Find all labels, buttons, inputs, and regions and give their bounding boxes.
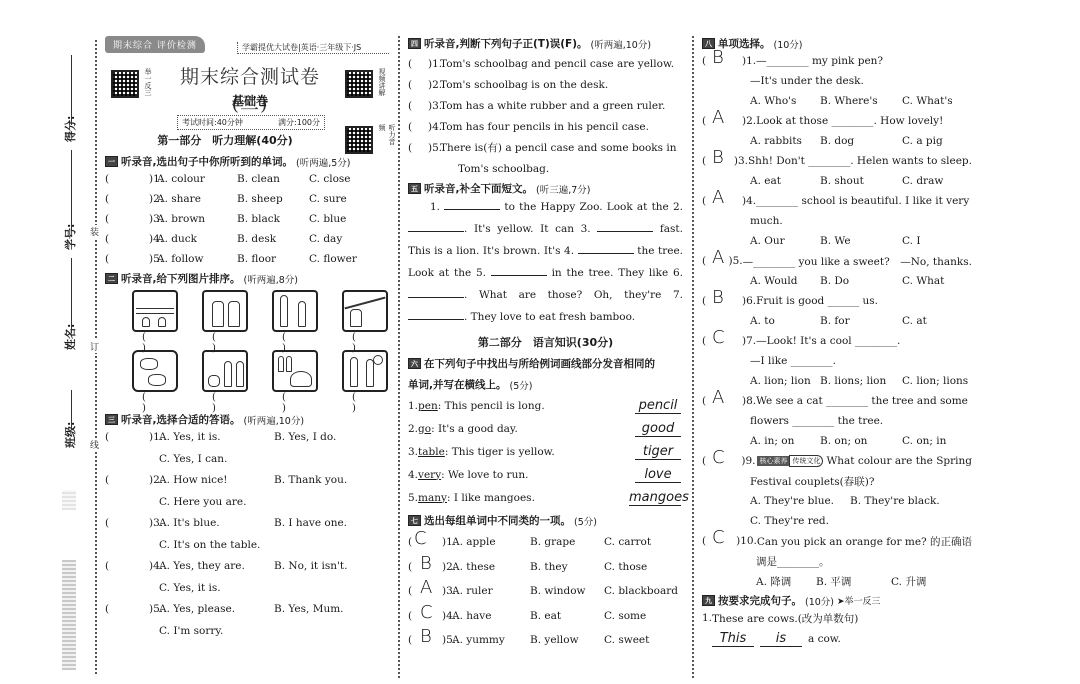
mc-options: A. OurB. WeC. I bbox=[702, 231, 972, 251]
mc-question: (A)2.Look at those ________. How lovely! bbox=[702, 111, 972, 131]
qr-right-label: 视频讲解 bbox=[377, 68, 387, 96]
option-b: B. yellow bbox=[530, 634, 604, 646]
section-title-cont: 单词,并写在横线上。 bbox=[408, 377, 507, 392]
section-number-icon: 二 bbox=[105, 273, 118, 284]
option-c: C. a pig bbox=[902, 135, 943, 147]
mc-question-cont: —It's under the desk. bbox=[702, 71, 972, 91]
extra-practice-link[interactable]: ➤举一反三 bbox=[837, 594, 881, 607]
handwritten-answer: A bbox=[420, 577, 432, 598]
option-b: B. shout bbox=[820, 175, 902, 187]
section-title: 在下列句子中找出与所给例词画线部分发音相同的 bbox=[424, 356, 655, 371]
option-b: B. floor bbox=[237, 253, 309, 265]
handwritten-answer[interactable]: pencil bbox=[635, 398, 681, 414]
option-c: C. draw bbox=[902, 175, 943, 187]
class-field-line[interactable] bbox=[71, 390, 72, 430]
answer-blank[interactable]: (C bbox=[702, 455, 741, 467]
question-text: Shh! Don't ________. Helen wants to slee… bbox=[748, 155, 972, 167]
question-number: )4. bbox=[149, 556, 159, 578]
mc-question: (C)7.—Look! It's a cool ________. bbox=[702, 331, 972, 351]
option-a: A. rabbits bbox=[750, 135, 820, 147]
series-label: 学霸提优大试卷|英语·三年级下·JS bbox=[237, 42, 389, 54]
option-a: A. yummy bbox=[452, 634, 530, 646]
question-row: ()2.A. How nice!B. Thank you. bbox=[105, 470, 390, 492]
option-a: A. brown bbox=[157, 213, 237, 225]
option-a: A. apple bbox=[452, 536, 530, 548]
question-number: )3. bbox=[149, 513, 159, 535]
option-c: C. 升调 bbox=[891, 574, 926, 589]
mc-question-cont: Festival couplets(春联)? bbox=[702, 471, 972, 491]
statement: Tom's schoolbag is on the desk. bbox=[440, 79, 608, 91]
question-row-cont: C. It's on the table. bbox=[105, 535, 390, 557]
picture-colour bbox=[132, 350, 178, 392]
mc-question-cont: flowers ________ the tree. bbox=[702, 411, 972, 431]
question-text-cont: 调是________。 bbox=[756, 554, 830, 569]
answer-blank[interactable]: ( bbox=[105, 556, 149, 578]
option-b: B. for bbox=[820, 315, 902, 327]
cloze-blank-2[interactable] bbox=[408, 222, 464, 232]
question-row: ()1.A. colourB. cleanC. close bbox=[105, 169, 390, 189]
handwritten-answer: C bbox=[712, 447, 725, 468]
question-number: )5. bbox=[149, 253, 157, 265]
picture-boy-pointing bbox=[342, 290, 388, 332]
mc-question: (B)6.Fruit is good ______ us. bbox=[702, 291, 972, 311]
question-row: ()3.A. It's blue.B. I have one. bbox=[105, 513, 390, 535]
cloze-blank-7[interactable] bbox=[408, 310, 464, 320]
question-text-cont: —I like ________. bbox=[750, 355, 836, 367]
handwritten-answer: B bbox=[712, 147, 724, 168]
score-field-label: 得分: bbox=[62, 116, 78, 142]
option-c: C. What's bbox=[902, 95, 953, 107]
section-1-items: ()1.A. colourB. cleanC. close ()2.A. sha… bbox=[105, 169, 390, 269]
question-row-cont: C. Here you are. bbox=[105, 492, 390, 514]
cloze-text: . It's yellow. It can 3. bbox=[464, 223, 591, 235]
option-b: B. desk bbox=[237, 233, 309, 245]
option-b: B. on; on bbox=[820, 435, 902, 447]
key-word: table bbox=[418, 446, 445, 458]
handwritten-answer[interactable]: mangoes bbox=[629, 490, 681, 506]
column-2: 四 听录音,判断下列句子正(T)误(F)。 (听两遍,10分) ()1.Tom'… bbox=[408, 36, 683, 653]
mc-options: A. 降调B. 平调C. 升调 bbox=[702, 571, 972, 591]
option-a: A. to bbox=[750, 315, 820, 327]
cloze-text: . What are those? Oh, they're 7. bbox=[464, 289, 683, 301]
order-blank[interactable]: ( ) bbox=[265, 392, 325, 408]
mc-question: (B)1.—________ my pink pen? bbox=[702, 51, 972, 71]
question-row: (C)4.A. haveB. eatC. some bbox=[408, 604, 683, 629]
section-meta: (5分) bbox=[574, 514, 597, 528]
question-row-cont: C. I'm sorry. bbox=[105, 621, 390, 643]
phonics-row: 2.go: It's a good day.good bbox=[408, 417, 683, 440]
option-c: C. Yes, it is. bbox=[159, 578, 221, 600]
core-literacy-badge: 核心素养 bbox=[757, 456, 789, 466]
section-meta: (10分) bbox=[774, 37, 803, 51]
answer-blank[interactable]: (B bbox=[702, 55, 742, 67]
answer-blank[interactable]: (C bbox=[408, 610, 442, 622]
question-row: ()3.A. brownB. blackC. blue bbox=[105, 209, 390, 229]
key-word: very bbox=[418, 469, 441, 481]
question-text-cont: —It's under the desk. bbox=[750, 75, 864, 87]
question-row: (A)3.A. rulerB. windowC. blackboard bbox=[408, 579, 683, 604]
mc-options: A. Who'sB. Where'sC. What's bbox=[702, 91, 972, 111]
option-b: B. clean bbox=[237, 173, 309, 185]
handwritten-answer: B bbox=[712, 47, 724, 68]
option-b: B. grape bbox=[530, 536, 604, 548]
picture-grid: ( ) ( ) ( ) ( ) ( ) ( ) ( ) ( ) bbox=[105, 290, 390, 408]
mc-question: (C)10.Can you pick an orange for me? 的正确… bbox=[702, 531, 972, 551]
cloze-text: to the Happy Zoo. Look at the bbox=[504, 201, 668, 213]
section-number-icon: 一 bbox=[105, 156, 118, 167]
question-text: —Look! It's a cool ________. bbox=[756, 335, 900, 347]
question-text: ________ school is beautiful. I like it … bbox=[756, 195, 969, 207]
sentence: : We love to run. bbox=[441, 469, 528, 481]
answer-blank[interactable]: ( bbox=[105, 173, 149, 185]
answer-blank[interactable]: ( bbox=[105, 193, 149, 205]
question-number: 1. bbox=[702, 612, 712, 624]
qr-code-icon[interactable] bbox=[345, 70, 373, 98]
answer-blank[interactable]: ( bbox=[105, 513, 149, 535]
handwritten-answer[interactable]: good bbox=[635, 421, 681, 437]
option-c: C. close bbox=[309, 173, 379, 185]
exam-time: 考试时间:40分钟 bbox=[182, 117, 243, 128]
section-meta: (10分) bbox=[805, 594, 834, 608]
answer-blank[interactable]: (B bbox=[408, 634, 442, 646]
option-b: B. We bbox=[820, 235, 902, 247]
question-row: (B)2.A. theseB. theyC. those bbox=[408, 555, 683, 580]
section-3-heading: 三 听录音,选择合适的答语。 (听两遍,10分) bbox=[105, 412, 390, 427]
option-b: B. lions; lion bbox=[820, 375, 902, 387]
question-number: )1. bbox=[149, 427, 159, 449]
full-score: 满分:100分 bbox=[278, 117, 320, 128]
option-c: C. What bbox=[902, 275, 944, 287]
question-number: )2. bbox=[149, 470, 159, 492]
sentence-tail: a cow. bbox=[808, 633, 841, 645]
order-blank[interactable]: ( ) bbox=[335, 392, 395, 408]
option-c: C. I bbox=[902, 235, 920, 247]
cloze-text: . They love to eat fresh bamboo. bbox=[464, 311, 635, 323]
mc-question-cont: much. bbox=[702, 211, 972, 231]
question-row: ()4.A. duckB. deskC. day bbox=[105, 229, 390, 249]
handwritten-answer: C bbox=[420, 602, 433, 623]
question-number: )1. bbox=[149, 173, 157, 185]
mc-options: A. rabbitsB. dogC. a pig bbox=[702, 131, 972, 151]
key-word: go bbox=[418, 423, 431, 435]
order-blank[interactable]: ( ) bbox=[195, 332, 255, 348]
question-text: These are cows.(改为单数句) bbox=[712, 611, 858, 626]
question-number: )5. bbox=[442, 634, 452, 646]
option-a: A. have bbox=[452, 610, 530, 622]
question-number: )5. bbox=[428, 142, 440, 154]
mc-question: (C)9.核心素养传统文化What colour are the Spring bbox=[702, 451, 972, 471]
exam-info: 考试时间:40分钟 满分:100分 bbox=[177, 115, 325, 130]
question-text: Fruit is good ______ us. bbox=[756, 295, 878, 307]
qr-code-icon[interactable] bbox=[111, 70, 139, 98]
section-meta: (听两遍,8分) bbox=[244, 272, 298, 286]
answer-blank[interactable]: ( bbox=[105, 213, 149, 225]
question-row: ()4.A. Yes, they are.B. No, it isn't. bbox=[105, 556, 390, 578]
option-a: A. Yes, it is. bbox=[159, 427, 274, 449]
section-1-heading: 一 听录音,选出句子中你所听到的单词。 (听两遍,5分) bbox=[105, 154, 390, 169]
option-a: A. lion; lion bbox=[750, 375, 820, 387]
picture-kids-and-elephant bbox=[272, 350, 318, 392]
mc-options: C. They're red. bbox=[702, 511, 972, 531]
question-number: 3. bbox=[408, 446, 418, 458]
question-number: )2. bbox=[149, 193, 157, 205]
question-row: ()5.A. followB. floorC. flower bbox=[105, 249, 390, 269]
option-b: B. Thank you. bbox=[274, 470, 347, 492]
question-text: What colour are the Spring bbox=[826, 455, 972, 467]
section-title: 听录音,选出句子中你所听到的单词。 bbox=[121, 154, 293, 169]
cloze-blank-3[interactable] bbox=[597, 222, 653, 232]
mc-options: A. They're blue.B. They're black. bbox=[702, 491, 972, 511]
answer-blank[interactable]: ( bbox=[408, 100, 428, 112]
option-b: B. black bbox=[237, 213, 309, 225]
mc-question: (A)5.—________ you like a sweet? —No, th… bbox=[702, 251, 972, 271]
traditional-culture-tag: 传统文化 bbox=[789, 455, 823, 467]
page-subtitle: 基础卷 bbox=[165, 92, 335, 109]
question-number: )3. bbox=[734, 155, 748, 167]
answer-blank[interactable]: (A bbox=[702, 115, 742, 127]
mc-options: A. WouldB. DoC. What bbox=[702, 271, 972, 291]
option-a: A. colour bbox=[157, 173, 237, 185]
handwritten-answer: B bbox=[420, 626, 432, 647]
picture-two-boys bbox=[202, 290, 248, 332]
handwritten-answer: B bbox=[712, 287, 724, 308]
handwritten-answer[interactable]: love bbox=[635, 467, 681, 483]
sentence: : This tiger is yellow. bbox=[445, 446, 555, 458]
key-word: many bbox=[418, 492, 447, 504]
cloze-blank-1[interactable] bbox=[444, 200, 500, 210]
answer-blank[interactable]: ( bbox=[105, 470, 149, 492]
section-number-icon: 六 bbox=[408, 358, 421, 369]
scan-smudge bbox=[62, 560, 76, 670]
option-b: B. Yes, I do. bbox=[274, 427, 336, 449]
tf-row: ()2.Tom's schoolbag is on the desk. bbox=[408, 74, 683, 95]
picture-dog-and-kids bbox=[202, 350, 248, 392]
binding-margin: 得分: 学号: 姓名: 班级: 装 订 线 bbox=[0, 0, 100, 684]
qr-left-label: 举一反三 bbox=[143, 68, 153, 96]
section-title: 听录音,给下列图片排序。 bbox=[121, 271, 241, 286]
cloze-passage: 1. to the Happy Zoo. Look at the 2. . It… bbox=[408, 196, 683, 328]
question-text: Look at those ________. How lovely! bbox=[756, 115, 943, 127]
answer-blank[interactable]: ( bbox=[408, 58, 428, 70]
column-1: 期末综合 评价检测 学霸提优大试卷|英语·三年级下·JS 举一反三 期末综合测试… bbox=[105, 36, 390, 642]
section-meta: (5分) bbox=[510, 378, 533, 392]
option-c: C. flower bbox=[309, 253, 379, 265]
mc-question-cont: —I like ________. bbox=[702, 351, 972, 371]
answer-blank[interactable]: (C bbox=[702, 535, 736, 547]
question-number: 2. bbox=[408, 423, 418, 435]
question-number: )1. bbox=[442, 536, 452, 548]
name-field-line[interactable] bbox=[71, 258, 72, 333]
answer-blank[interactable]: ( bbox=[408, 121, 428, 133]
question-text: —________ you like a sweet? —No, thanks. bbox=[743, 254, 972, 269]
order-blank[interactable]: ( ) bbox=[125, 392, 185, 408]
answer-blank[interactable]: (C bbox=[702, 335, 742, 347]
order-blank[interactable]: ( ) bbox=[335, 332, 395, 348]
answer-blank[interactable]: ( bbox=[408, 79, 428, 91]
handwritten-answer: C bbox=[712, 527, 725, 548]
option-c: C. blackboard bbox=[604, 585, 678, 597]
option-a: A. They're blue. bbox=[750, 495, 850, 507]
cloze-blank-5[interactable] bbox=[491, 266, 547, 276]
rewrite-question: 1.These are cows.(改为单数句) bbox=[702, 608, 972, 628]
mc-question-cont: 调是________。 bbox=[702, 551, 972, 571]
option-c: C. lion; lions bbox=[902, 375, 968, 387]
tf-row: ()3.Tom has a white rubber and a green r… bbox=[408, 95, 683, 116]
option-a: A. these bbox=[452, 561, 530, 573]
section-title: 听录音,选择合适的答语。 bbox=[121, 412, 241, 427]
phonics-row: 1.pen: This pencil is long.pencil bbox=[408, 394, 683, 417]
answer-blank[interactable]: ( bbox=[105, 599, 149, 621]
section-meta: (听两遍,5分) bbox=[296, 155, 350, 169]
cloze-blank-4[interactable] bbox=[578, 244, 634, 254]
handwritten-answer[interactable]: tiger bbox=[635, 444, 681, 460]
question-number: )3. bbox=[428, 100, 440, 112]
option-b: B. Where's bbox=[820, 95, 902, 107]
answer-blank[interactable]: ( bbox=[105, 427, 149, 449]
scan-smudge bbox=[62, 490, 76, 510]
handwritten-answer[interactable]: is bbox=[760, 631, 802, 647]
answer-blank[interactable]: (A bbox=[702, 395, 742, 407]
option-b: B. Yes, Mum. bbox=[274, 599, 344, 621]
answer-blank[interactable]: ( bbox=[105, 253, 149, 265]
question-number: )9. bbox=[741, 455, 755, 467]
cut-mark: 线 bbox=[90, 438, 99, 451]
question-number: )10. bbox=[736, 535, 757, 547]
section-title: 按要求完成句子。 bbox=[718, 593, 802, 608]
section-8-heading: 八 单项选择。 (10分) bbox=[702, 36, 972, 51]
question-number: )4. bbox=[428, 121, 440, 133]
statement: Tom has a white rubber and a green ruler… bbox=[440, 100, 665, 112]
cloze-text: 2. bbox=[673, 201, 683, 213]
part1-title: 第一部分 听力理解(40分) bbox=[105, 132, 345, 148]
option-c: C. I'm sorry. bbox=[159, 621, 223, 643]
question-number: )4. bbox=[742, 195, 756, 207]
option-c: C. sure bbox=[309, 193, 379, 205]
cut-mark: 装 bbox=[90, 225, 99, 238]
column-divider bbox=[692, 36, 694, 678]
option-c: C. some bbox=[604, 610, 646, 622]
mc-question: (B)3.Shh! Don't ________. Helen wants to… bbox=[702, 151, 972, 171]
section-title: 选出每组单词中不同类的一项。 bbox=[424, 513, 571, 528]
question-number: 4. bbox=[408, 469, 418, 481]
mc-options: A. eatB. shoutC. draw bbox=[702, 171, 972, 191]
class-field-label: 班级: bbox=[62, 422, 78, 448]
option-c: C. blue bbox=[309, 213, 379, 225]
answer-blank[interactable]: (A bbox=[408, 585, 442, 597]
statement: Tom's schoolbag and pencil case are yell… bbox=[440, 58, 674, 70]
statement-cont: Tom's schoolbag. bbox=[458, 163, 549, 175]
column-3: 八 单项选择。 (10分) (B)1.—________ my pink pen… bbox=[702, 36, 972, 650]
mc-options: A. toB. forC. at bbox=[702, 311, 972, 331]
section-title: 单项选择。 bbox=[718, 36, 771, 51]
option-b: B. 平调 bbox=[816, 574, 891, 589]
question-number: )3. bbox=[442, 585, 452, 597]
picture-girl-and-boy bbox=[272, 290, 318, 332]
section-9-heading: 九 按要求完成句子。 (10分) ➤举一反三 bbox=[702, 593, 972, 608]
cloze-blank-6[interactable] bbox=[408, 288, 464, 298]
answer-blank[interactable]: (A bbox=[702, 255, 729, 267]
student-id-field-line[interactable] bbox=[71, 150, 72, 230]
answer-blank[interactable]: ( bbox=[105, 233, 149, 245]
question-number: )6. bbox=[742, 295, 756, 307]
section-5-heading: 五 听录音,补全下面短文。 (听三遍,7分) bbox=[408, 181, 683, 196]
section-9-items: 1.These are cows.(改为单数句) This is a cow. bbox=[702, 608, 972, 650]
option-b: B. window bbox=[530, 585, 604, 597]
section-number-icon: 四 bbox=[408, 38, 421, 49]
sentence: : It's a good day. bbox=[431, 423, 518, 435]
question-row: ()5.A. Yes, please.B. Yes, Mum. bbox=[105, 599, 390, 621]
mc-options: A. lion; lionB. lions; lionC. lion; lion… bbox=[702, 371, 972, 391]
sentence: : I like mangoes. bbox=[447, 492, 535, 504]
option-c: C. Yes, I can. bbox=[159, 449, 227, 471]
picture-boys-with-balloon bbox=[342, 350, 388, 392]
section-6-heading-cont: 单词,并写在横线上。 (5分) bbox=[408, 377, 683, 392]
score-field-line[interactable] bbox=[71, 55, 72, 125]
section-4-heading: 四 听录音,判断下列句子正(T)误(F)。 (听两遍,10分) bbox=[408, 36, 683, 51]
answer-blank[interactable]: ( bbox=[408, 142, 428, 154]
question-number: )1. bbox=[428, 58, 440, 70]
section-7-heading: 七 选出每组单词中不同类的一项。 (5分) bbox=[408, 513, 683, 528]
option-a: A. 降调 bbox=[756, 574, 816, 589]
answer-blank[interactable]: (B bbox=[702, 155, 734, 167]
section-6-heading: 六 在下列句子中找出与所给例词画线部分发音相同的 bbox=[408, 356, 683, 371]
section-meta: (听两遍,10分) bbox=[591, 37, 652, 51]
option-a: A. Yes, they are. bbox=[159, 556, 274, 578]
question-text: —________ my pink pen? bbox=[756, 55, 883, 67]
section-7-items: (C)1.A. appleB. grapeC. carrot (B)2.A. t… bbox=[408, 530, 683, 653]
answer-blank[interactable]: (B bbox=[408, 561, 442, 573]
handwritten-answer: A bbox=[712, 107, 724, 128]
qr-code-icon[interactable] bbox=[345, 126, 373, 154]
name-field-label: 姓名: bbox=[62, 324, 78, 350]
order-blank[interactable]: ( ) bbox=[265, 332, 325, 348]
handwritten-answer: C bbox=[712, 327, 725, 348]
option-b: B. they bbox=[530, 561, 604, 573]
order-blank[interactable]: ( ) bbox=[195, 392, 255, 408]
question-number: )3. bbox=[149, 213, 157, 225]
exam-header: 期末综合 评价检测 学霸提优大试卷|英语·三年级下·JS 举一反三 期末综合测试… bbox=[105, 36, 390, 148]
statement: Tom has four pencils in his pencil case. bbox=[440, 121, 649, 133]
phonics-row: 5.many: I like mangoes.mangoes bbox=[408, 486, 683, 509]
option-a: A. in; on bbox=[750, 435, 820, 447]
option-b: B. I have one. bbox=[274, 513, 347, 535]
tf-row: ()5.There is(有) a pencil case and some b… bbox=[408, 137, 683, 158]
question-row-cont: C. Yes, I can. bbox=[105, 449, 390, 471]
option-a: A. Who's bbox=[750, 95, 820, 107]
option-a: A. share bbox=[157, 193, 237, 205]
option-c: C. on; in bbox=[902, 435, 946, 447]
question-number: )2. bbox=[442, 561, 452, 573]
option-c: C. They're red. bbox=[750, 515, 829, 527]
statement: There is(有) a pencil case and some books… bbox=[440, 140, 677, 155]
question-number: )5. bbox=[149, 599, 159, 621]
handwritten-answer[interactable]: This bbox=[712, 631, 754, 647]
order-blank[interactable]: ( ) bbox=[125, 332, 185, 348]
question-row: ()1.A. Yes, it is.B. Yes, I do. bbox=[105, 427, 390, 449]
answer-blank[interactable]: (B bbox=[702, 295, 742, 307]
phonics-row: 4.very: We love to run.love bbox=[408, 463, 683, 486]
mc-question: (A)8.We see a cat ________ the tree and … bbox=[702, 391, 972, 411]
option-b: B. No, it isn't. bbox=[274, 556, 347, 578]
answer-blank[interactable]: (A bbox=[702, 195, 742, 207]
rewrite-answer: This is a cow. bbox=[702, 628, 972, 650]
option-c: C. Here you are. bbox=[159, 492, 246, 514]
answer-blank[interactable]: (C bbox=[408, 536, 442, 548]
section-8-items: (B)1.—________ my pink pen? —It's under … bbox=[702, 51, 972, 591]
mc-question: (A)4.________ school is beautiful. I lik… bbox=[702, 191, 972, 211]
question-number: )4. bbox=[442, 610, 452, 622]
option-b: B. eat bbox=[530, 610, 604, 622]
